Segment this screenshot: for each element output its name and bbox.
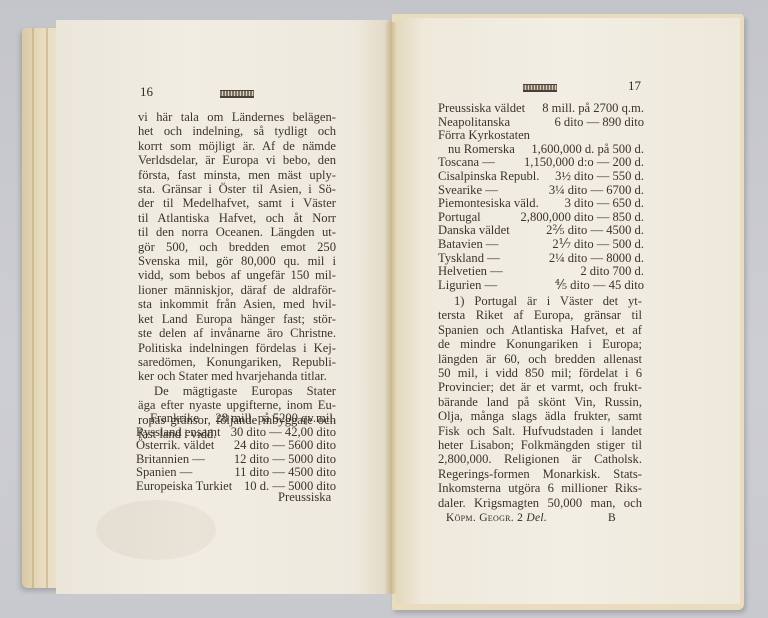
table-row: nu Romerska1,600,000 d. på 500 d. xyxy=(438,143,644,157)
text-line: 50 mil, i vidd 850 mil; fördelat i 6 xyxy=(438,366,642,380)
text-line: 1) Portugal är i Väster det yt- xyxy=(438,294,642,308)
page-number: 16 xyxy=(140,84,153,100)
text-line: ste delen af invånarne äro Christne. xyxy=(138,326,336,340)
table-row: Piemontesiska väld.3 dito — 650 d. xyxy=(438,197,644,211)
text-line: bärande land på skönt Vin, Russin, xyxy=(438,395,642,409)
text-line: der til Medelhafvet, samt i Väster xyxy=(138,196,336,210)
left-page: 16 vi här tala om Ländernes belägen- het… xyxy=(56,20,388,594)
text-line: De mägtigaste Europas Stater xyxy=(138,384,336,398)
table-row: Tyskland —2¼ dito — 8000 d. xyxy=(438,252,644,266)
header-ornament xyxy=(220,90,254,98)
table-row: Neapolitanska6 dito — 890 dito xyxy=(438,116,644,130)
table-row: Batavien —2⅐ dito — 500 d. xyxy=(438,238,644,252)
table-row: Förra Kyrkostaten xyxy=(438,129,644,143)
signature-line: Köpm. Geogr. 2 Del. xyxy=(446,512,547,524)
table-row: Spanien —11 dito — 4500 dito xyxy=(136,466,336,480)
table-row: Danska väldet2⅖ dito — 4500 d. xyxy=(438,224,644,238)
text-line: til den norra Oceanen. Längden ut- xyxy=(138,225,336,239)
body-text: vi här tala om Ländernes belägen- het oc… xyxy=(138,110,336,441)
table-row: Preussiska väldet8 mill. på 2700 q.m. xyxy=(438,102,644,116)
text-line: het och indelning, så tydligt och xyxy=(138,124,336,138)
table-row: Portugal2,800,000 dito — 850 d. xyxy=(438,211,644,225)
text-line: ker och Stater med hvarjehanda titlar. xyxy=(138,369,336,383)
text-line: vi här tala om Ländernes belägen- xyxy=(138,110,336,124)
text-line: Olja, många slags ädla frukter, samt xyxy=(438,409,642,423)
header-ornament xyxy=(523,84,557,92)
table-row: Ryssland ensamt30 dito — 42,00 dito xyxy=(136,426,336,440)
text-line: sta. Gränsar i Öster til Asien, i Sö- xyxy=(138,182,336,196)
text-line: Spanien och Atlantiska Hafvet, et af xyxy=(438,323,642,337)
text-line: Regerings-formen Monarkisk. Stats- xyxy=(438,467,642,481)
text-line: daler. Krigsmagten 50,000 man, och xyxy=(438,496,642,510)
table-row: Ligurien —⅘ dito — 45 dito xyxy=(438,279,644,293)
text-line: sta inkommit från Asien, med hvil- xyxy=(138,297,336,311)
page-number: 17 xyxy=(628,78,641,94)
text-line: Provincier; det är et varmt, och frukt- xyxy=(438,380,642,394)
table-row: Österrik. väldet24 dito — 5600 dito xyxy=(136,439,336,453)
signature-mark: B xyxy=(608,512,616,524)
signature-title: Köpm. Geogr. xyxy=(446,512,514,524)
text-line: saredömen, Konungariken, Republi- xyxy=(138,355,336,369)
text-line: Fisk och Salt. Hufvudstaden i landet xyxy=(438,424,642,438)
text-line: Inkomsterna utgöra 6 millioner Riks- xyxy=(438,481,642,495)
catchword: Preussiska xyxy=(278,490,331,505)
table-row: Svearike —3¼ dito — 6700 d. xyxy=(438,184,644,198)
text-line: vidd, som bebos af ungefär 150 mil- xyxy=(138,268,336,282)
text-line: tersta Riket af Europa, gränsar til xyxy=(438,308,642,322)
signature-part: 2 xyxy=(517,512,523,524)
text-line: Svenska mil, gör 80,000 qu. mil i xyxy=(138,254,336,268)
text-line: Politiska indelningen fördelas i Kej- xyxy=(138,341,336,355)
text-line: korrt som möjligt är. Af de nämde xyxy=(138,139,336,153)
text-line: lioner människjor, däraf de aldraför- xyxy=(138,283,336,297)
table-row: Cisalpinska Republ.3½ dito — 550 d. xyxy=(438,170,644,184)
text-line: första, fast minsta, men mäst uply- xyxy=(138,168,336,182)
table-row: Frankrike28 mill. på 5200 qv.mil. xyxy=(136,412,336,426)
population-table: Frankrike28 mill. på 5200 qv.mil. Ryssla… xyxy=(136,412,336,494)
text-line: heter Lisabon; Folkmängden stiger til xyxy=(438,438,642,452)
population-table: Preussiska väldet8 mill. på 2700 q.m. Ne… xyxy=(438,102,644,292)
right-page: 17 Preussiska väldet8 mill. på 2700 q.m.… xyxy=(396,18,740,604)
text-line: ket Land Europa hänger fast; stör- xyxy=(138,312,336,326)
text-line: de mindre Konungariken i Europa; xyxy=(438,337,642,351)
text-line: längden är 60, och bredden allenast xyxy=(438,352,642,366)
text-line: gör 500, och bredden emot 250 xyxy=(138,240,336,254)
text-line: til Atlantiska Hafvet, och åt Norr xyxy=(138,211,336,225)
signature-del: Del. xyxy=(526,512,547,524)
text-line: Verldsdelar, är Europa vi bebo, den xyxy=(138,153,336,167)
text-line: 2,800,000. Religionen är Catholsk. xyxy=(438,452,642,466)
table-row: Britannien —12 dito — 5000 dito xyxy=(136,453,336,467)
table-row: Helvetien —2 dito 700 d. xyxy=(438,265,644,279)
body-text: 1) Portugal är i Väster det yt- tersta R… xyxy=(438,294,642,510)
table-row: Toscana —1,150,000 d:o — 200 d. xyxy=(438,156,644,170)
